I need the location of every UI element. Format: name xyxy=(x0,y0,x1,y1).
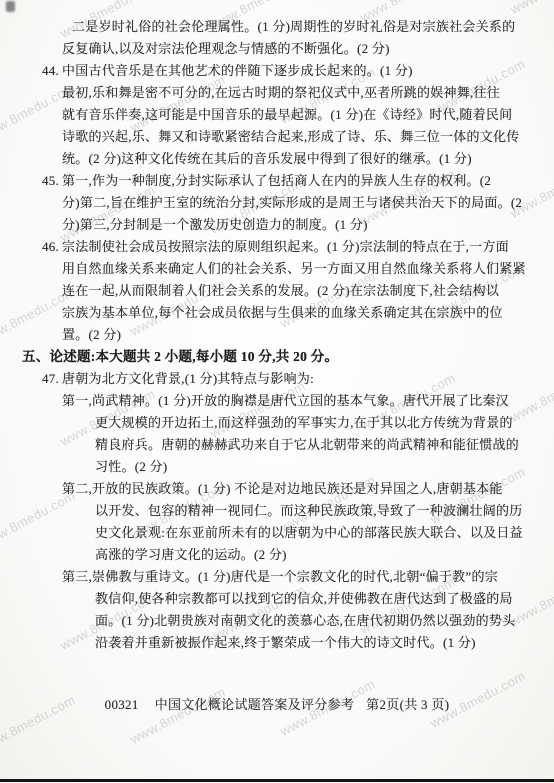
answer-line: 高涨的学习唐文化的运动。(2 分) xyxy=(95,544,554,566)
answer-line: 更大规模的开边拓土,而这样强劲的军事实力,在于其以北方传统为背景的 xyxy=(95,412,554,434)
answer-line: 精良府兵。唐朝的赫赫武功来自于它从北朝带来的尚武精神和能征惯战的 xyxy=(95,434,554,456)
answer-line: 分)第三,分封制是一个激发历史创造力的制度。(1 分) xyxy=(62,214,554,236)
answer-sheet-content: 二是岁时礼俗的社会伦理属性。(1 分)周期性的岁时礼俗是对宗族社会关系的 反复确… xyxy=(0,0,554,713)
answer-line: 第二,开放的民族政策。(1 分) 不论是对边地民族还是对异国之人,唐朝基本能 xyxy=(62,478,554,500)
answer-line: 以开发、包容的精神一视同仁。而这种民族政策,导致了一种波澜壮阔的历 xyxy=(95,500,554,522)
answer-text: 中国古代音乐是在其他艺术的伴随下逐步成长起来的。(1 分) xyxy=(62,63,413,78)
answer-line: 就有音乐伴奏,这可能是中国音乐的最早起源。(1 分)在《诗经》时代,随着民间 xyxy=(62,104,554,126)
scanned-exam-page: { "page": { "watermark_text": "www.8medu… xyxy=(0,0,554,783)
answer-line: 45.第一,作为一种制度,分封实际承认了包括商人在内的异族人生存的权利。(2 xyxy=(42,170,554,192)
answer-line: 44.中国古代音乐是在其他艺术的伴随下逐步成长起来的。(1 分) xyxy=(42,60,554,82)
answer-line: 沿袭着并重新被振作起来,终于繁荣成一个伟大的诗文时代。(1 分) xyxy=(95,632,554,654)
document-title: 中国文化概论试题答案及评分参考 xyxy=(155,697,355,712)
answer-line: 46.宗法制使社会成员按照宗法的原则组织起来。(1 分)宗法制的特点在于,一方面 xyxy=(42,236,554,258)
page-footer: 00321中国文化概论试题答案及评分参考第2页(共 3 页) xyxy=(0,694,554,713)
question-number: 46. xyxy=(42,236,62,258)
answer-line: 诗歌的兴起,乐、舞又和诗歌紧密结合起来,形成了诗、乐、舞三位一体的文化传 xyxy=(62,126,554,148)
answer-line: 教信仰,使各种宗教都可以找到它的信众,并使佛教在唐代达到了极盛的局 xyxy=(95,588,554,610)
answer-line: 置。(2 分) xyxy=(62,324,554,346)
answer-line: 面。(1 分)北朝贵族对南朝文化的羡慕心态,在唐代初期仍然以强劲的势头 xyxy=(95,610,554,632)
answer-line: 47.唐朝为北方文化背景,(1 分)其特点与影响为: xyxy=(42,368,554,390)
scan-edge-line xyxy=(0,779,554,782)
answer-line: 统。(2 分)这种文化传统在其后的音乐发展中得到了很好的继承。(1 分) xyxy=(62,148,554,170)
answer-line: 二是岁时礼俗的社会伦理属性。(1 分)周期性的岁时礼俗是对宗族社会关系的 xyxy=(72,16,554,38)
page-number: 第2页(共 3 页) xyxy=(366,697,449,712)
answer-line: 第三,崇佛教与重诗文。(1 分)唐代是一个宗教文化的时代,北朝“偏于教”的宗 xyxy=(62,566,554,588)
answer-line: 用自然血缘关系来确定人们的社会关系、另一方面又用自然血缘关系将人们紧紧 xyxy=(62,258,554,280)
question-number: 44. xyxy=(42,60,62,82)
course-code: 00321 xyxy=(105,697,139,712)
section-heading: 五、论述题:本大题共 2 小题,每小题 10 分,共 20 分。 xyxy=(22,346,554,368)
answer-line: 最初,乐和舞是密不可分的,在远古时期的祭祀仪式中,巫者所跳的娱神舞,往往 xyxy=(62,82,554,104)
answer-line: 连在一起,从而限制着人们社会关系的发展。(2 分)在宗法制度下,社会结构以 xyxy=(62,280,554,302)
answer-line: 分)第二,旨在维护王室的统治分封,实际形成的是周王与诸侯共治天下的局面。(2 xyxy=(62,192,554,214)
answer-text: 宗法制使社会成员按照宗法的原则组织起来。(1 分)宗法制的特点在于,一方面 xyxy=(62,239,509,254)
answer-text: 唐朝为北方文化背景,(1 分)其特点与影响为: xyxy=(62,371,314,386)
answer-line: 史文化景观:在东亚前所未有的以唐朝为中心的部落民族大联合、以及日益 xyxy=(95,522,554,544)
answer-line: 第一,尚武精神。(1 分)开放的胸襟是唐代立国的基本气象。唐代开展了比秦汉 xyxy=(62,390,554,412)
question-number: 47. xyxy=(42,368,62,390)
answer-line: 宗族为基本单位,每个社会成员依据与生俱来的血缘关系确定其在宗族中的位 xyxy=(62,302,554,324)
answer-line: 习性。(2 分) xyxy=(95,456,554,478)
answer-line: 反复确认,以及对宗法伦理观念与情感的不断强化。(2 分) xyxy=(62,38,554,60)
answer-text: 第一,作为一种制度,分封实际承认了包括商人在内的异族人生存的权利。(2 xyxy=(62,173,491,188)
question-number: 45. xyxy=(42,170,62,192)
